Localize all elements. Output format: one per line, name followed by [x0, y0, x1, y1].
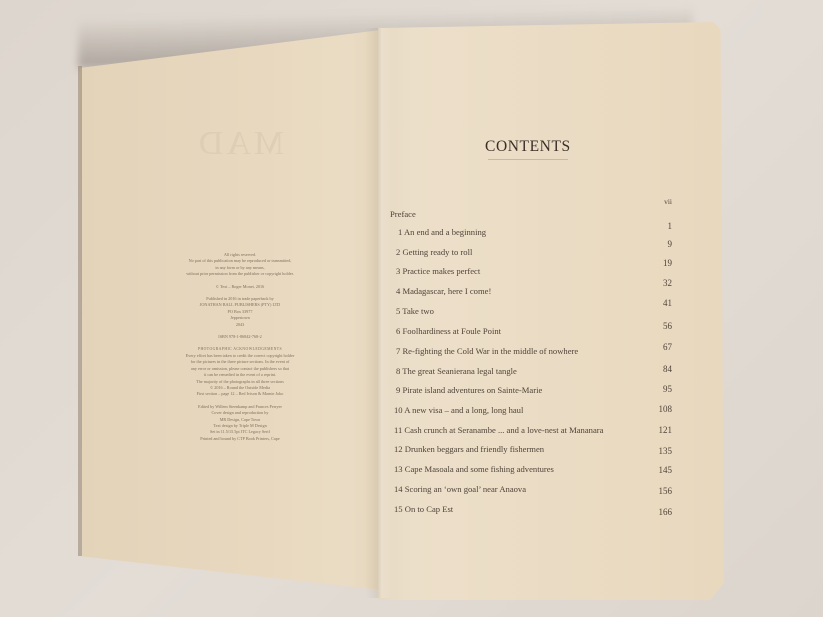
toc-label: 11 Cash crunch at Seranambe ... and a lo…: [394, 425, 603, 435]
toc-page-number: 56: [663, 321, 672, 331]
toc-label: 6 Foolhardiness at Foule Point: [396, 326, 501, 336]
toc-entry: 15 On to Cap Est 166: [394, 504, 672, 518]
toc-label: 2 Getting ready to roll: [396, 247, 472, 257]
toc-entry: 9 Pirate island adventures on Sainte-Mar…: [396, 385, 672, 399]
contents-title: CONTENTS: [485, 138, 571, 156]
credits-line: Printed and bound by CTP Book Printers, …: [140, 436, 340, 442]
toc-page-number: 84: [663, 364, 672, 374]
toc-entry: 11 Cash crunch at Seranambe ... and a lo…: [394, 425, 672, 439]
toc-entry: 4 Madagascar, here I come! 32: [396, 286, 672, 300]
toc-label: 15 On to Cap Est: [394, 504, 453, 514]
toc-entry: 10 A new visa – and a long, long haul 10…: [394, 405, 672, 419]
toc-entry: 14 Scoring an ‘own goal’ near Anaova 156: [394, 484, 672, 498]
toc-label: 4 Madagascar, here I come!: [396, 286, 491, 296]
toc-entry: 3 Practice makes perfect 19: [396, 266, 672, 280]
toc-page-number: 41: [663, 298, 672, 308]
toc-page-number: 156: [659, 486, 673, 496]
toc-label: 14 Scoring an ‘own goal’ near Anaova: [394, 484, 526, 494]
toc-entry: 13 Cape Masoala and some fishing adventu…: [394, 464, 672, 478]
toc-label: 5 Take two: [396, 306, 434, 316]
toc-entry: Preface vii: [390, 209, 672, 223]
toc-entry: 5 Take two 41: [396, 306, 672, 320]
toc-label: 8 The great Seanierana legal tangle: [396, 366, 517, 376]
copyright-block: All rights reserved. No part of this pub…: [140, 252, 340, 442]
toc-page-number: 121: [659, 425, 673, 435]
toc-entry: 7 Re-fighting the Cold War in the middle…: [396, 346, 672, 360]
toc-page-number: 9: [668, 239, 673, 249]
toc-page-number: 145: [659, 465, 673, 475]
toc-entry: 2 Getting ready to roll 9: [396, 247, 672, 261]
book-gutter: [365, 28, 393, 598]
toc-label: 12 Drunken beggars and friendly fisherme…: [394, 444, 544, 454]
toc-label: 9 Pirate island adventures on Sainte-Mar…: [396, 385, 542, 395]
toc-label: 10 A new visa – and a long, long haul: [394, 405, 523, 415]
toc-entry: 1 An end and a beginning 1: [398, 227, 672, 241]
toc-page-number: 67: [663, 342, 672, 352]
toc-label: 1 An end and a beginning: [398, 227, 486, 237]
toc-label: 7 Re-fighting the Cold War in the middle…: [396, 346, 578, 356]
toc-entry: 12 Drunken beggars and friendly fisherme…: [394, 444, 672, 458]
toc-label: 13 Cape Masoala and some fishing adventu…: [394, 464, 554, 474]
toc-page-number: 108: [659, 404, 673, 414]
toc-entry: 8 The great Seanierana legal tangle 84: [396, 366, 672, 380]
showthrough-title: MAD: [140, 125, 340, 205]
toc-page-number: 19: [663, 258, 672, 268]
toc-entry: 6 Foolhardiness at Foule Point 56: [396, 326, 672, 340]
toc-page-number: 135: [659, 446, 673, 456]
toc-label: 3 Practice makes perfect: [396, 266, 480, 276]
toc-page-number: 1: [668, 221, 673, 231]
toc-page-number: 166: [659, 507, 673, 517]
toc-page-number: vii: [664, 197, 672, 206]
toc-page-number: 95: [663, 384, 672, 394]
open-book: MAD All rights reserved. No part of this…: [0, 0, 823, 617]
title-rule: [488, 159, 568, 160]
toc-label: Preface: [390, 209, 416, 219]
toc-page-number: 32: [663, 278, 672, 288]
left-page-edge: [78, 66, 82, 556]
